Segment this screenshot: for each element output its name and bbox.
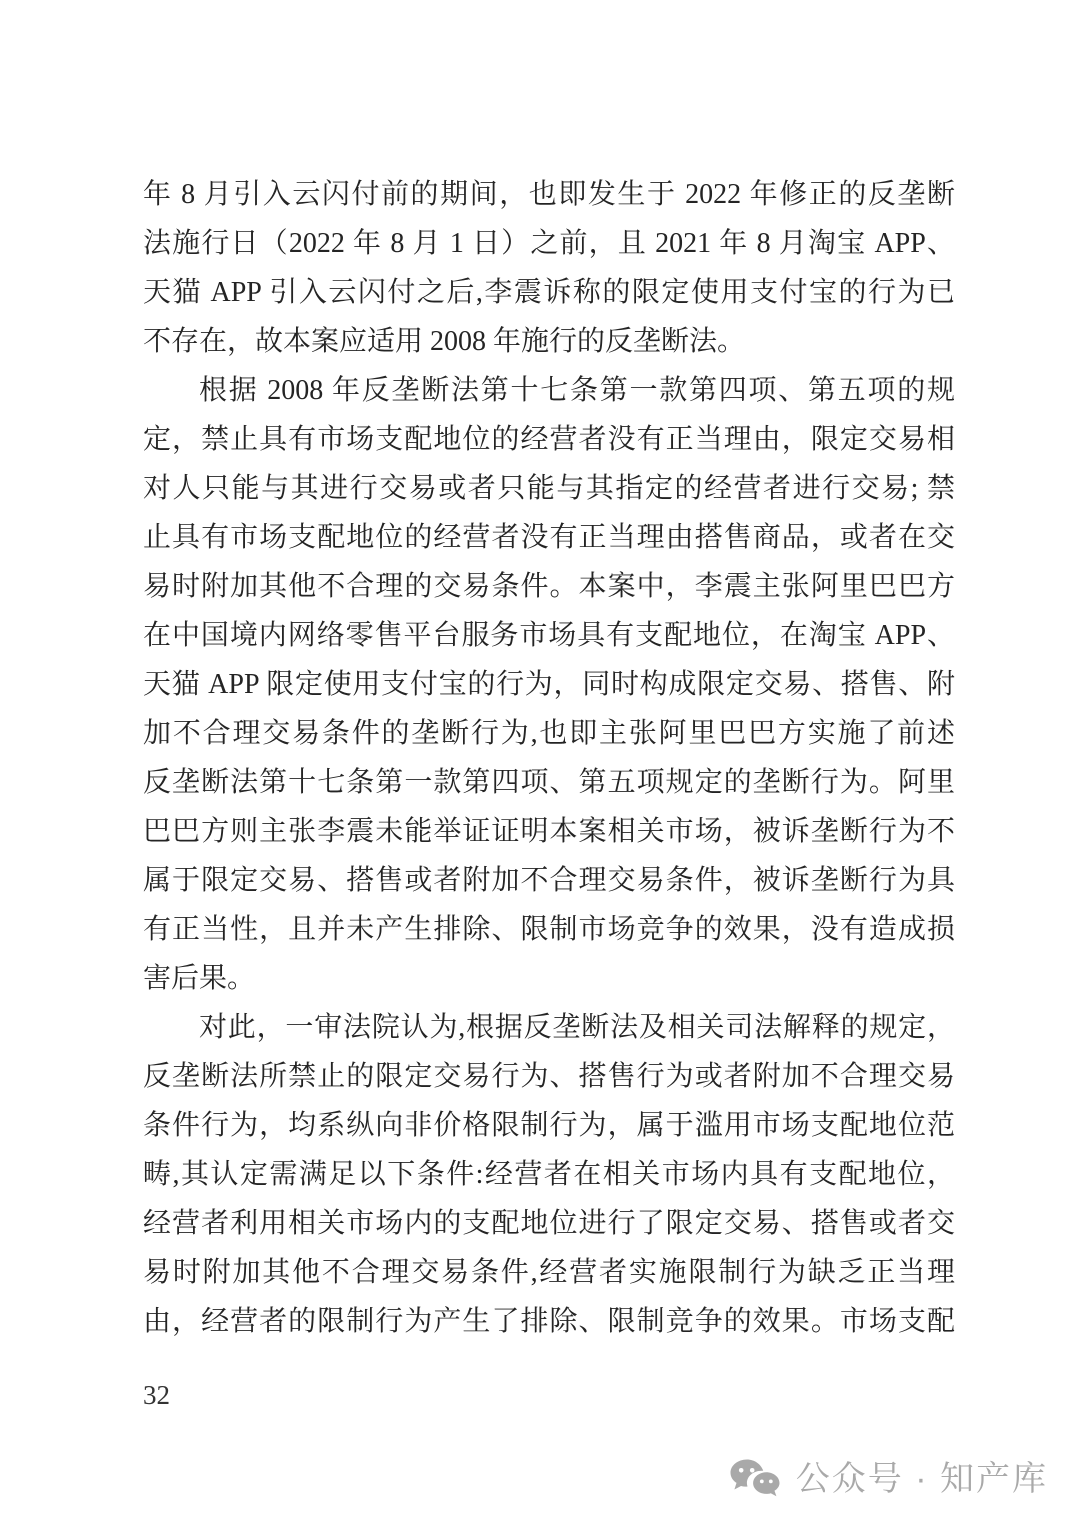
document-page: 年 8 月引入云闪付前的期间，也即发生于 2022 年修正的反垄断法施行日（20… bbox=[0, 0, 1080, 1527]
text-line: 定，禁止具有市场支配地位的经营者没有正当理由，限定交易相 bbox=[143, 415, 955, 464]
text-line: 在中国境内网络零售平台服务市场具有支配地位，在淘宝 APP、 bbox=[143, 611, 955, 660]
text-line: 巴巴方则主张李震未能举证证明本案相关市场，被诉垄断行为不 bbox=[143, 807, 955, 856]
text-line: 不存在，故本案应适用 2008 年施行的反垄断法。 bbox=[143, 317, 955, 366]
text-line: 有正当性，且并未产生排除、限制市场竞争的效果，没有造成损 bbox=[143, 905, 955, 954]
paragraph: 对此，一审法院认为,根据反垄断法及相关司法解释的规定，反垄断法所禁止的限定交易行… bbox=[143, 1003, 955, 1346]
text-line: 易时附加其他不合理交易条件,经营者实施限制行为缺乏正当理 bbox=[143, 1248, 955, 1297]
page-number: 32 bbox=[143, 1378, 170, 1412]
text-line: 年 8 月引入云闪付前的期间，也即发生于 2022 年修正的反垄断 bbox=[143, 170, 955, 219]
text-line: 法施行日（2022 年 8 月 1 日）之前，且 2021 年 8 月淘宝 AP… bbox=[143, 219, 955, 268]
document-body: 年 8 月引入云闪付前的期间，也即发生于 2022 年修正的反垄断法施行日（20… bbox=[143, 170, 955, 1346]
text-line: 条件行为，均系纵向非价格限制行为，属于滥用市场支配地位范 bbox=[143, 1101, 955, 1150]
text-line: 止具有市场支配地位的经营者没有正当理由搭售商品，或者在交 bbox=[143, 513, 955, 562]
text-line: 反垄断法所禁止的限定交易行为、搭售行为或者附加不合理交易 bbox=[143, 1052, 955, 1101]
watermark-label: 公众号 · 知产库 bbox=[796, 1458, 1048, 1500]
text-line: 加不合理交易条件的垄断行为,也即主张阿里巴巴方实施了前述 bbox=[143, 709, 955, 758]
text-line: 属于限定交易、搭售或者附加不合理交易条件，被诉垄断行为具 bbox=[143, 856, 955, 905]
text-line: 天猫 APP 限定使用支付宝的行为，同时构成限定交易、搭售、附 bbox=[143, 660, 955, 709]
paragraph: 年 8 月引入云闪付前的期间，也即发生于 2022 年修正的反垄断法施行日（20… bbox=[143, 170, 955, 366]
text-line: 经营者利用相关市场内的支配地位进行了限定交易、搭售或者交 bbox=[143, 1199, 955, 1248]
text-line: 畴,其认定需满足以下条件:经营者在相关市场内具有支配地位， bbox=[143, 1150, 955, 1199]
text-line: 由，经营者的限制行为产生了排除、限制竞争的效果。市场支配 bbox=[143, 1297, 955, 1346]
text-line: 根据 2008 年反垄断法第十七条第一款第四项、第五项的规 bbox=[143, 366, 955, 415]
text-line: 对人只能与其进行交易或者只能与其指定的经营者进行交易; 禁 bbox=[143, 464, 955, 513]
footer-watermark: 公众号 · 知产库 bbox=[728, 1458, 1048, 1500]
text-line: 易时附加其他不合理的交易条件。本案中，李震主张阿里巴巴方 bbox=[143, 562, 955, 611]
text-line: 对此，一审法院认为,根据反垄断法及相关司法解释的规定， bbox=[143, 1003, 955, 1052]
paragraph: 根据 2008 年反垄断法第十七条第一款第四项、第五项的规定，禁止具有市场支配地… bbox=[143, 366, 955, 1003]
text-line: 天猫 APP 引入云闪付之后,李震诉称的限定使用支付宝的行为已 bbox=[143, 268, 955, 317]
wechat-icon bbox=[728, 1458, 782, 1500]
text-line: 反垄断法第十七条第一款第四项、第五项规定的垄断行为。阿里 bbox=[143, 758, 955, 807]
text-line: 害后果。 bbox=[143, 954, 955, 1003]
